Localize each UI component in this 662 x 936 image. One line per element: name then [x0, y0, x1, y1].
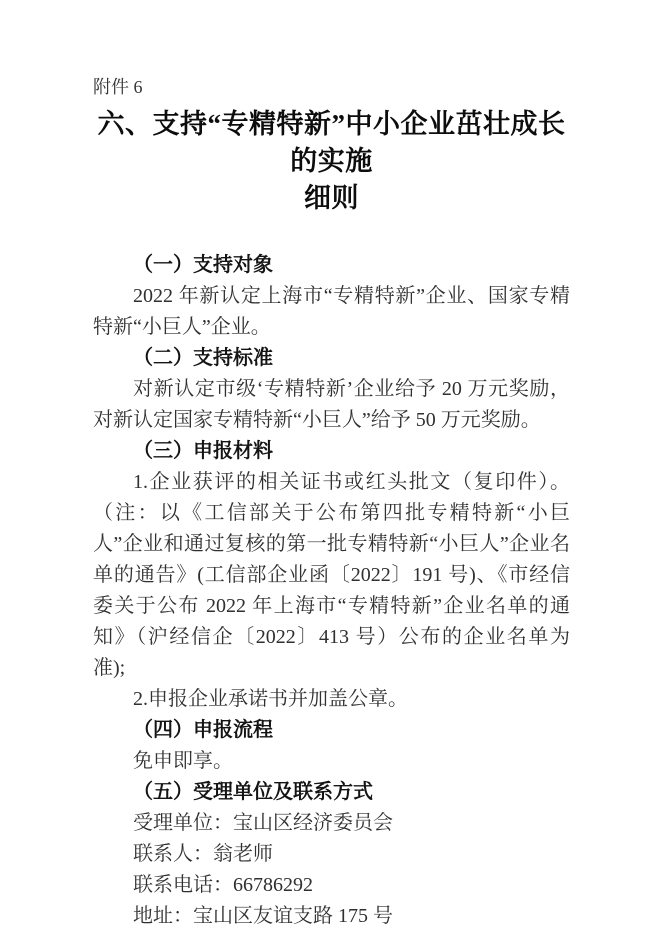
paragraph: 联系人：翁老师: [93, 839, 570, 870]
paragraph: 受理单位：宝山区经济委员会: [93, 808, 570, 839]
section-heading: （五）受理单位及联系方式: [93, 777, 570, 808]
document-title: 六、支持“专精特新”中小企业茁壮成长的实施 细则: [93, 106, 570, 217]
paragraph: 2.申报企业承诺书并加盖公章。: [93, 684, 570, 715]
section-heading: （一）支持对象: [93, 250, 570, 281]
paragraph: 对新认定市级‘专精特新’企业给予 20 万元奖励，对新认定国家专精特新“小巨人”…: [93, 374, 570, 436]
paragraph: 免申即享。: [93, 746, 570, 777]
attachment-label: 附件 6: [93, 76, 570, 98]
document-body: （一）支持对象2022 年新认定上海市“专精特新”企业、国家专精特新“小巨人”企…: [93, 250, 570, 932]
paragraph: 1.企业获评的相关证书或红头批文（复印件）。（注：以《工信部关于公布第四批专精特…: [93, 467, 570, 684]
document-title-line-2: 细则: [93, 180, 570, 217]
document-page: 附件 6 六、支持“专精特新”中小企业茁壮成长的实施 细则 （一）支持对象202…: [0, 0, 662, 936]
paragraph: 地址：宝山区友谊支路 175 号: [93, 901, 570, 932]
paragraph: 联系电话：66786292: [93, 870, 570, 901]
paragraph: 2022 年新认定上海市“专精特新”企业、国家专精特新“小巨人”企业。: [93, 281, 570, 343]
section-heading: （二）支持标准: [93, 343, 570, 374]
section-heading: （四）申报流程: [93, 715, 570, 746]
document-title-line-1: 六、支持“专精特新”中小企业茁壮成长的实施: [93, 106, 570, 180]
section-heading: （三）申报材料: [93, 436, 570, 467]
